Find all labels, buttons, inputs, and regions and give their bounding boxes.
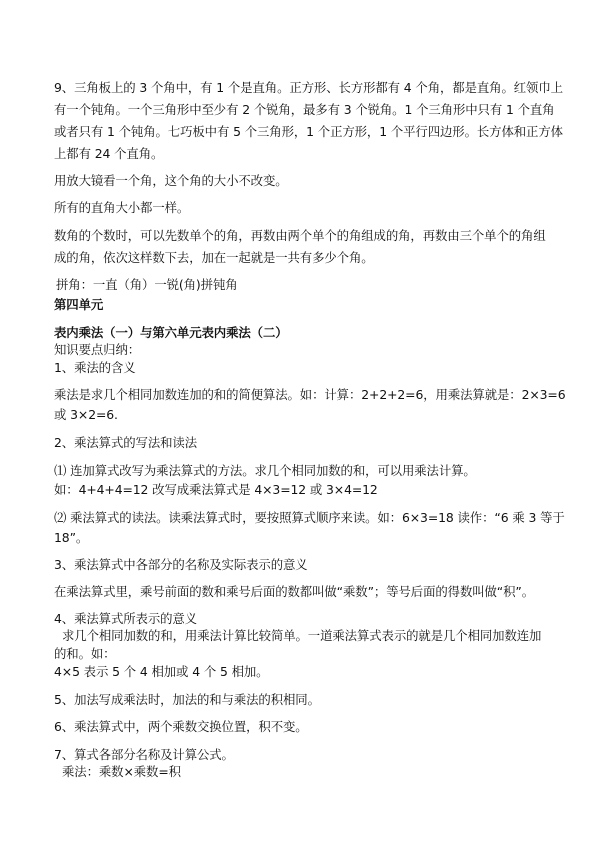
right-angles-paragraph: 所有的直角大小都一样。 [54,199,189,217]
text-line: 乘法是求几个相同加数连加的和的简便算法。如：计算：2+2+2=6，用乘法算就是：… [54,386,565,404]
text-line: 或者只有 1 个钝角。七巧板中有 5 个三角形，1 个正方形，1 个平行四边形。… [54,123,563,141]
point-3-body: 在乘法算式里，乘号前面的数和乘号后面的数都叫做“乘数”；等号后面的得数叫做“积”… [54,583,534,601]
unit-title: 第四单元 [54,296,103,314]
text-line: 上都有 24 个直角。 [54,145,163,163]
point-6: 6、乘法算式中，两个乘数交换位置，积不变。 [54,718,308,736]
magnifier-paragraph: 用放大镜看一个角，这个角的大小不改变。 [54,172,288,190]
point-7-heading: 7、算式各部分名称及计算公式。 [54,746,234,764]
text-line: 有一个钝角。一个三角形中至少有 2 个锐角，最多有 3 个锐角。1 个三角形中只… [54,101,554,119]
text-line: 或 3×2=6. [54,406,118,424]
point-3-heading: 3、乘法算式中各部分的名称及实际表示的意义 [54,556,308,574]
text-line: 如：4+4+4=12 改写成乘法算式是 4×3=12 或 3×4=12 [54,481,378,499]
text-line: 的和。如： [54,645,115,663]
point-1-heading: 1、乘法的含义 [54,359,136,377]
text-line: 求几个相同加数的和，用乘法计算比较简单。一道乘法算式表示的就是几个相同加数连加 [62,627,541,645]
text-line: 4×5 表示 5 个 4 相加或 4 个 5 相加。 [54,663,268,681]
point-4-heading: 4、乘法算式所表示的意义 [54,610,197,628]
text-line: 18”。 [54,529,88,547]
text-line: ⑴ 连加算式改写为乘法算式的方法。求几个相同加数的和，可以用乘法计算。 [54,462,476,480]
text-line: 数角的个数时，可以先数单个的角，再数由两个单个的角组成的角，再数由三个单个的角组 [54,227,546,245]
point-2-heading: 2、乘法算式的写法和读法 [54,434,197,452]
point-5: 5、加法写成乘法时，加法的和与乘法的积相同。 [54,691,320,709]
summary-label: 知识要点归纳： [54,341,140,359]
combine-angles-line: 拼角：一直（角）一锐(角)拼钝角 [56,276,238,294]
text-line: 成的角，依次这样数下去，加在一起就是一共有多少个角。 [54,249,374,267]
unit-subtitle: 表内乘法（一）与第六单元表内乘法（二） [54,324,288,342]
point-7-formula: 乘法：乘数×乘数=积 [62,763,181,781]
text-line: ⑵ 乘法算式的读法。读乘法算式时，要按照算式顺序来读。如：6×3=18 读作：“… [54,509,565,527]
text-line: 9、三角板上的 3 个角中，有 1 个是直角。正方形、长方形都有 4 个角，都是… [54,79,563,97]
